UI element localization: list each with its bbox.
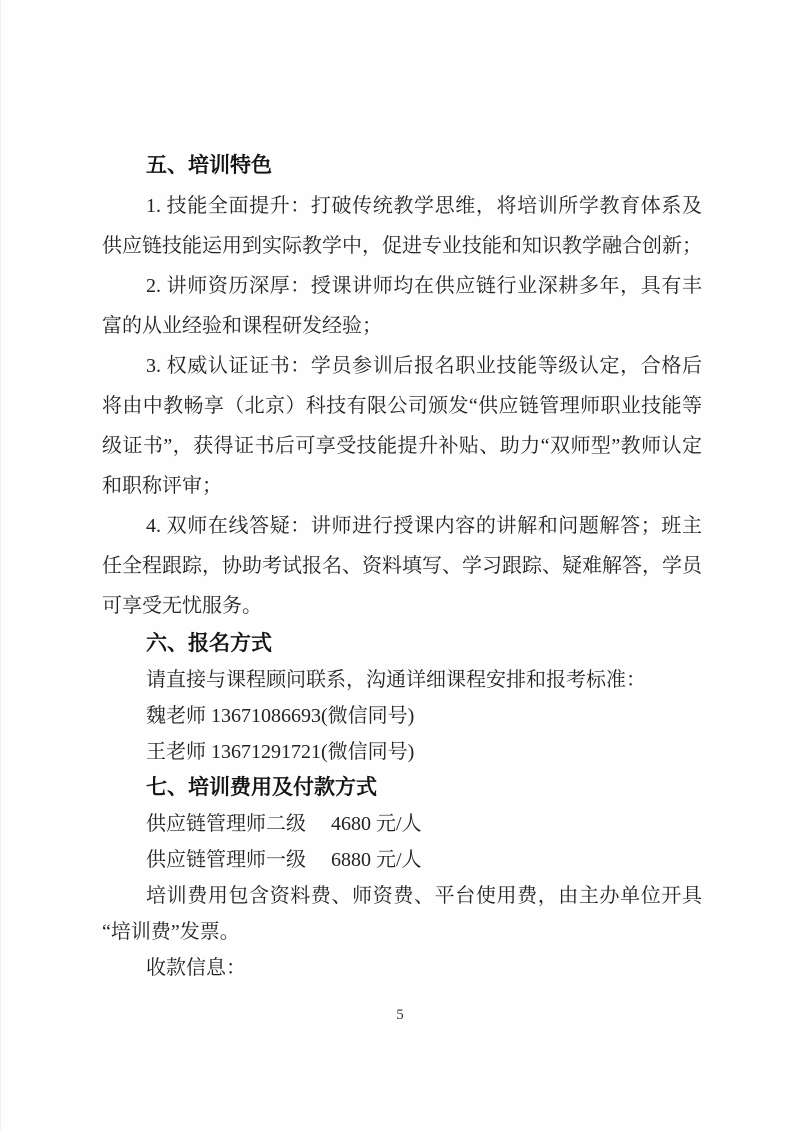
fee-level2: 供应链管理师二级 4680 元/人 — [102, 806, 702, 842]
paragraph-skill-upgrade: 1. 技能全面提升：打破传统教学思维，将培训所学教育体系及供应链技能运用到实际教… — [102, 186, 702, 266]
fee-note: 培训费用包含资料费、师资费、平台使用费，由主办单位开具“培训费”发票。 — [102, 878, 702, 950]
payment-info-label: 收款信息： — [102, 950, 702, 986]
fee-level1: 供应链管理师一级 6880 元/人 — [102, 842, 702, 878]
paragraph-lecturer-experience: 2. 讲师资历深厚：授课讲师均在供应链行业深耕多年，具有丰富的从业经验和课程研发… — [102, 266, 702, 346]
paragraph-online-qa: 4. 双师在线答疑：讲师进行授课内容的讲解和问题解答；班主任全程跟踪，协助考试报… — [102, 506, 702, 626]
document-page: 五、培训特色 1. 技能全面提升：打破传统教学思维，将培训所学教育体系及供应链技… — [0, 0, 800, 1131]
heading-fees: 七、培训费用及付款方式 — [102, 770, 702, 806]
scan-edge-artifact — [0, 0, 1, 1131]
section-fees: 七、培训费用及付款方式 供应链管理师二级 4680 元/人 供应链管理师一级 6… — [102, 770, 702, 986]
section-training-features: 五、培训特色 1. 技能全面提升：打破传统教学思维，将培训所学教育体系及供应链技… — [102, 146, 702, 626]
section-registration: 六、报名方式 请直接与课程顾问联系，沟通详细课程安排和报考标准： 魏老师 136… — [102, 626, 702, 770]
document-content: 五、培训特色 1. 技能全面提升：打破传统教学思维，将培训所学教育体系及供应链技… — [102, 146, 702, 986]
heading-training-features: 五、培训特色 — [102, 146, 702, 186]
contact-teacher-wei: 魏老师 13671086693(微信同号) — [102, 698, 702, 734]
paragraph-certificate: 3. 权威认证证书：学员参训后报名职业技能等级认定，合格后将由中教畅享（北京）科… — [102, 346, 702, 506]
contact-teacher-wang: 王老师 13671291721(微信同号) — [102, 734, 702, 770]
page-number: 5 — [0, 1007, 800, 1024]
heading-registration: 六、报名方式 — [102, 626, 702, 662]
registration-intro: 请直接与课程顾问联系，沟通详细课程安排和报考标准： — [102, 662, 702, 698]
